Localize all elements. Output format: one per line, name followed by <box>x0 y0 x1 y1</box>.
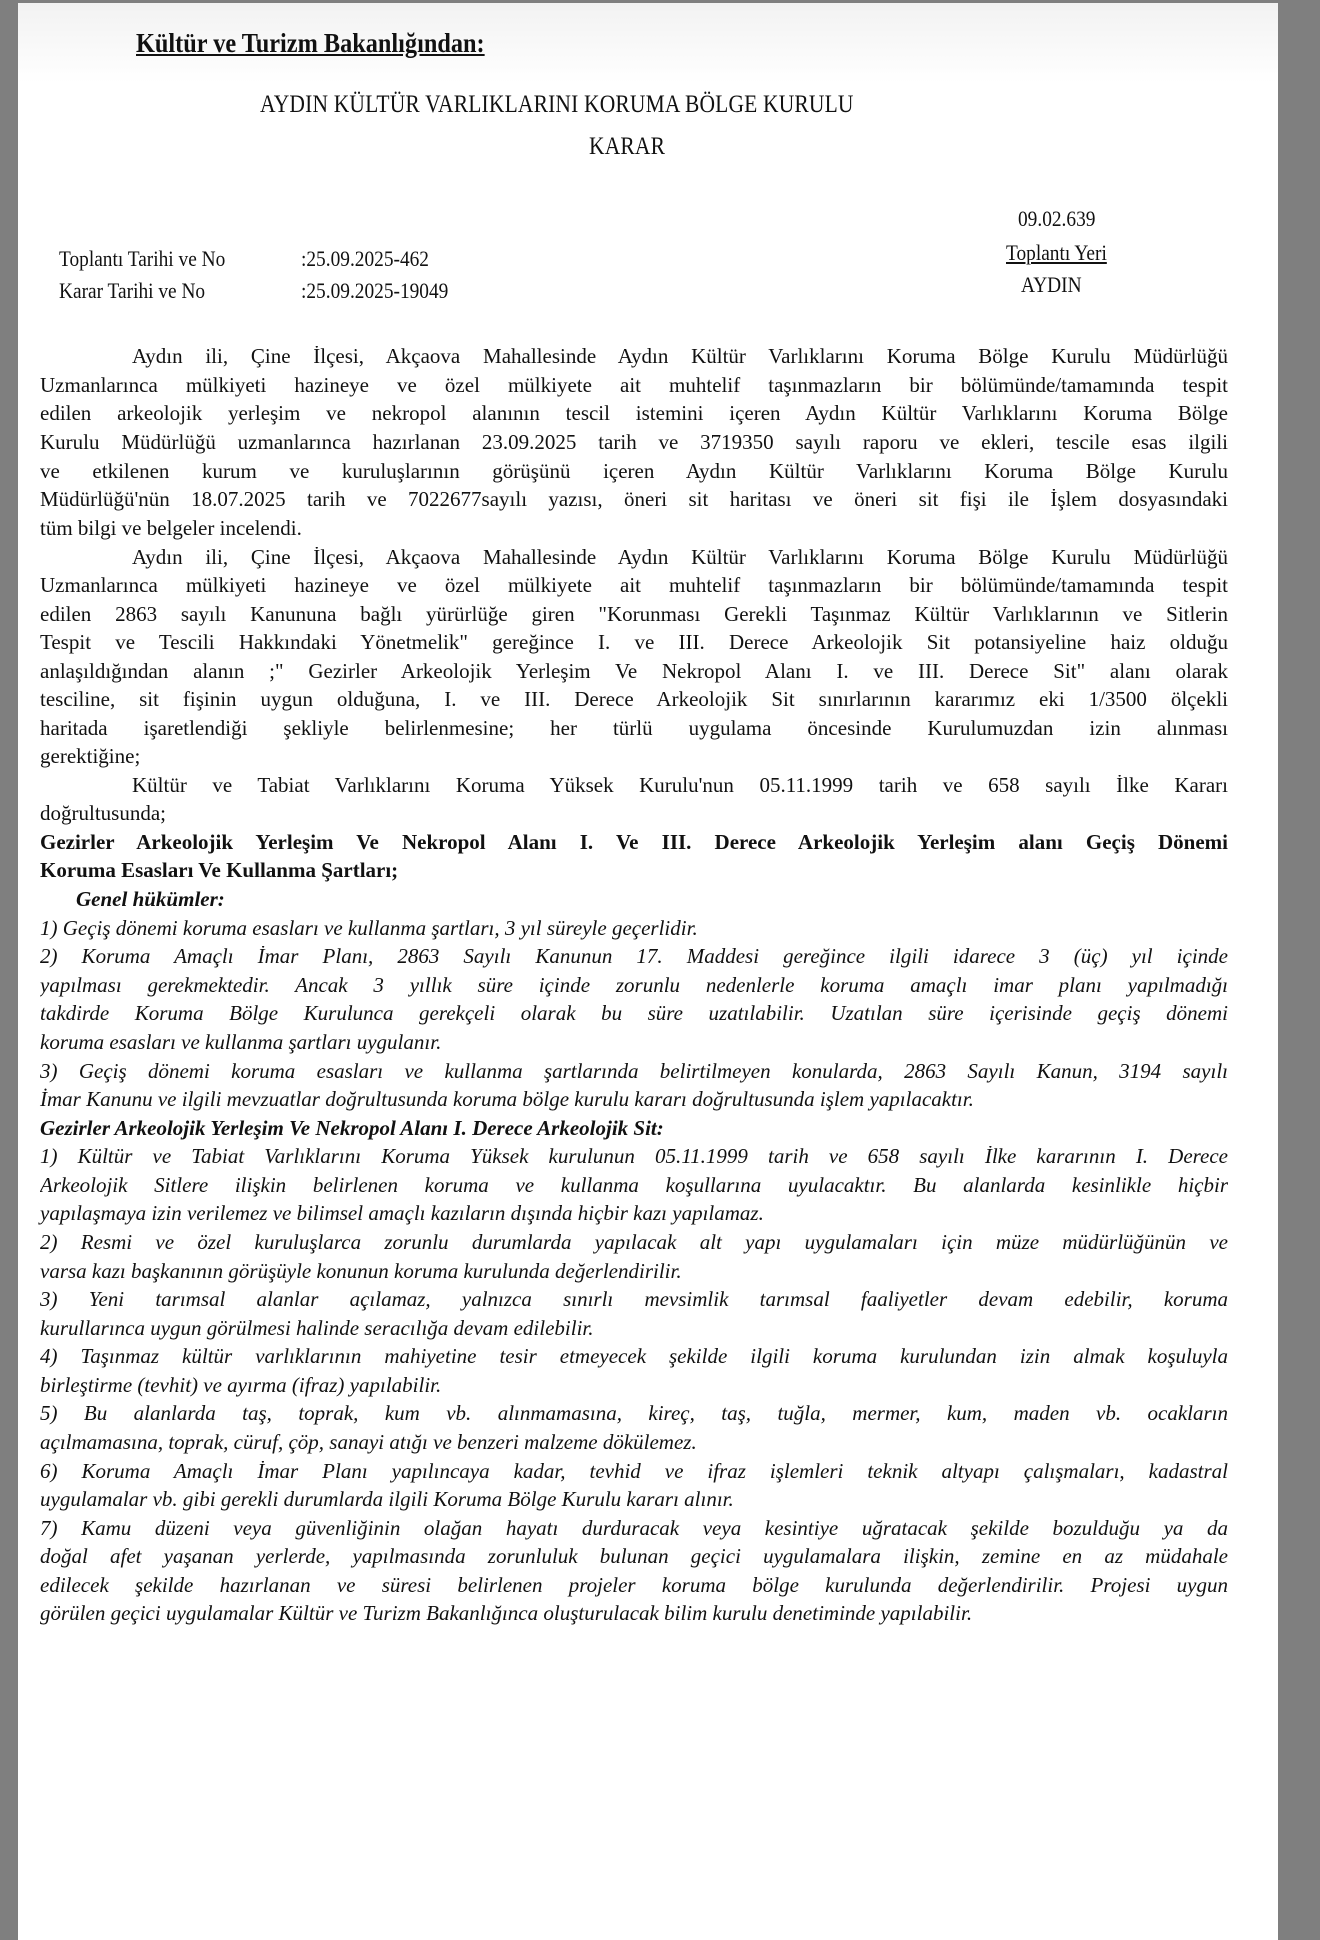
general-item: 2) Koruma Amaçlı İmar Planı, 2863 Sayılı… <box>40 946 1228 976</box>
ministry-heading: Kültür ve Turizm Bakanlığından: <box>136 30 485 57</box>
first-degree-item: varsa kazı başkanının görüşüyle konunun … <box>40 1261 682 1282</box>
meeting-date-label: Toplantı Tarihi ve No <box>59 248 225 270</box>
section-title-line: Koruma Esasları Ve Kullanma Şartları; <box>40 860 398 881</box>
first-degree-item: 1) Kültür ve Tabiat Varlıklarını Koruma … <box>40 1146 1228 1176</box>
paragraph-2-line: tesciline, sit fişinin uygun olduğuna, I… <box>40 689 1228 719</box>
first-degree-item: 2) Resmi ve özel kuruluşlarca zorunlu du… <box>40 1232 1228 1262</box>
first-degree-heading: Gezirler Arkeolojik Yerleşim Ve Nekropol… <box>40 1118 664 1139</box>
meeting-place-label: Toplantı Yeri <box>1006 242 1107 264</box>
paragraph-1-line: Müdürlüğü'nün 18.07.2025 tarih ve 702267… <box>40 489 1228 519</box>
paragraph-1-line: Aydın ili, Çine İlçesi, Akçaova Mahalles… <box>132 346 1228 376</box>
decision-date-label: Karar Tarihi ve No <box>59 280 205 302</box>
general-item: İmar Kanunu ve ilgili mevzuatlar doğrult… <box>40 1089 974 1110</box>
first-degree-item: 3) Yeni tarımsal alanlar açılamaz, yalnı… <box>40 1289 1228 1319</box>
first-degree-item: görülen geçici uygulamalar Kültür ve Tur… <box>40 1603 972 1624</box>
first-degree-item: birleştirme (tevhit) ve ayırma (ifraz) y… <box>40 1375 441 1396</box>
meeting-place-value: AYDIN <box>1021 274 1082 296</box>
decision-date-value: :25.09.2025-19049 <box>301 280 448 302</box>
paragraph-2-line: gerektiğine; <box>40 746 140 767</box>
first-degree-item: kurullarınca uygun görülmesi halinde ser… <box>40 1318 594 1339</box>
first-degree-item: uygulamalar vb. gibi gerekli durumlarda … <box>40 1489 734 1510</box>
first-degree-item: 7) Kamu düzeni veya güvenliğinin olağan … <box>40 1518 1228 1548</box>
paragraph-2-line: Aydın ili, Çine İlçesi, Akçaova Mahalles… <box>132 547 1228 577</box>
paragraph-1-line: Kurulu Müdürlüğü uzmanlarınca hazırlanan… <box>40 432 1228 462</box>
paragraph-2-line: anlaşıldığından alanın ;" Gezirler Arkeo… <box>40 661 1228 691</box>
general-provisions-heading: Genel hükümler: <box>76 889 225 910</box>
general-item: yapılması gerekmektedir. Ancak 3 yıllık … <box>40 975 1228 1005</box>
paragraph-2-line: haritada işaretlendiği şekliyle belirlen… <box>40 718 1228 748</box>
first-degree-item: doğal afet yaşanan yerlerde, yapılmasınd… <box>40 1546 1228 1576</box>
general-item: takdirde Koruma Bölge Kurulunca gerekçel… <box>40 1003 1228 1033</box>
paragraph-1-line: edilen arkeolojik yerleşim ve nekropol a… <box>40 403 1228 433</box>
general-item: koruma esasları ve kullanma şartları uyg… <box>40 1032 441 1053</box>
general-item: 1) Geçiş dönemi koruma esasları ve kulla… <box>40 918 698 939</box>
paragraph-1-line: ve etkilenen kurum ve kuruluşlarının gör… <box>40 461 1228 491</box>
board-title: AYDIN KÜLTÜR VARLIKLARINI KORUMA BÖLGE K… <box>260 92 854 117</box>
paragraph-1-line: Uzmanlarınca mülkiyeti hazineye ve özel … <box>40 375 1228 405</box>
paragraph-1-line: tüm bilgi ve belgeler incelendi. <box>40 518 302 539</box>
first-degree-item: yapılaşmaya izin verilemez ve bilimsel a… <box>40 1203 764 1224</box>
paragraph-2-line: Tespit ve Tescili Hakkındaki Yönetmelik"… <box>40 632 1228 662</box>
first-degree-item: açılmamasına, toprak, cüruf, çöp, sanayi… <box>40 1432 697 1453</box>
paragraph-2-line: Uzmanlarınca mülkiyeti hazineye ve özel … <box>40 575 1228 605</box>
meeting-date-value: :25.09.2025-462 <box>301 248 429 270</box>
document-code: 09.02.639 <box>1018 208 1095 230</box>
paragraph-2-line: edilen 2863 sayılı Kanununa bağlı yürürl… <box>40 604 1228 634</box>
paragraph-3-line: Kültür ve Tabiat Varlıklarını Koruma Yük… <box>132 775 1228 805</box>
document-type: KARAR <box>589 134 665 159</box>
document-page: Kültür ve Turizm Bakanlığından: AYDIN KÜ… <box>18 3 1278 1940</box>
first-degree-item: 5) Bu alanlarda taş, toprak, kum vb. alı… <box>40 1403 1228 1433</box>
paragraph-3-line: doğrultusunda; <box>40 803 166 824</box>
first-degree-item: 4) Taşınmaz kültür varlıklarının mahiyet… <box>40 1346 1228 1376</box>
